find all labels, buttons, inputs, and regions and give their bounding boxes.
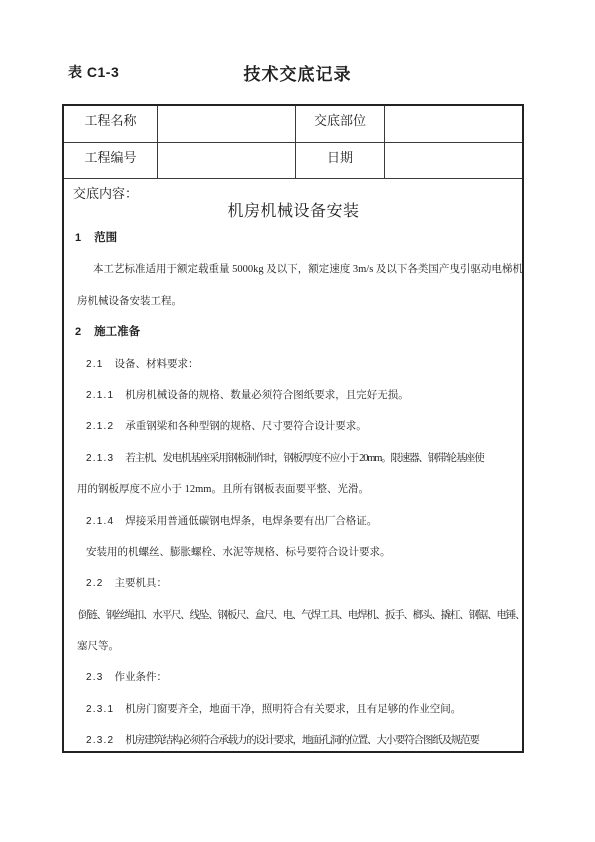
section-heading-text: 施工准备 [94, 326, 140, 338]
date-value [385, 143, 522, 178]
project-name-value [158, 106, 296, 142]
content-line-text: 机房门窗要齐全，地面干净，照明符合有关要求，且有足够的作业空间。 [125, 704, 461, 715]
content-line: 2.1.2承重钢梁和各种型钢的规格、尺寸要符合设计要求。 [86, 411, 514, 442]
content-line: 倒链、钢丝绳扣、水平尺、线坠、钢板尺、盒尺、电、气焊工具、电焊机、扳手、榔头、撬… [78, 600, 514, 631]
item-number: 2.1.1 [86, 390, 114, 401]
content-line-text: 机房机械设备的规格、数量必须符合图纸要求，且完好无损。 [125, 390, 409, 401]
content-line: 2.3.1机房门窗要齐全，地面干净，照明符合有关要求，且有足够的作业空间。 [86, 694, 514, 725]
content-line-text: 承重钢梁和各种型钢的规格、尺寸要符合设计要求。 [125, 421, 367, 432]
document-page: 表 C1-3 技术交底记录 工程名称 交底部位 工程编号 日期 交底内容： 机房… [0, 0, 595, 842]
item-number: 2.3.1 [86, 704, 114, 715]
project-number-label: 工程编号 [64, 143, 158, 178]
section-heading: 1范围 [75, 223, 514, 254]
info-table: 工程名称 交底部位 工程编号 日期 交底内容： 机房机械设备安装 1范围 本工艺… [62, 104, 524, 753]
content-line-text: 主要机具： [115, 578, 168, 589]
table-row: 工程名称 交底部位 [64, 106, 522, 143]
section-heading: 2施工准备 [75, 317, 514, 348]
item-number: 2.2 [86, 578, 104, 589]
doc-header-title: 技术交底记录 [0, 60, 595, 85]
item-number: 2.1 [86, 359, 104, 370]
date-label: 日期 [296, 143, 385, 178]
content-line-text: 机房建筑结构必须符合承载力的设计要求，地面孔洞的位置、大小要符合图纸及规范要 [125, 735, 478, 746]
item-number: 2.1.4 [86, 516, 114, 527]
table-row: 工程编号 日期 [64, 143, 522, 179]
project-number-value [158, 143, 296, 178]
content-line: 2.3作业条件： [86, 662, 514, 693]
content-doc-title: 机房机械设备安装 [73, 202, 514, 222]
content-line: 塞尺等。 [77, 631, 514, 662]
content-line: 用的钢板厚度不应小于 12mm。且所有钢板表面要平整、光滑。 [77, 474, 514, 505]
content-line: 安装用的机螺丝、膨胀螺栓、水泥等规格、标号要符合设计要求。 [86, 537, 514, 568]
content-line: 2.1.4焊接采用普通低碳钢电焊条，电焊条要有出厂合格证。 [86, 506, 514, 537]
content-line-text: 作业条件： [115, 672, 168, 683]
item-number: 2.3.2 [86, 735, 114, 746]
content-line: 2.1.3若主机、发电机基座采用钢板制作时，钢板厚度不应小于 20mm。限速器、… [86, 443, 514, 474]
content-line-text: 设备、材料要求： [115, 359, 199, 370]
content-line-text: 若主机、发电机基座采用钢板制作时，钢板厚度不应小于 20mm。限速器、钢带轮基座… [125, 453, 483, 464]
content-cell: 交底内容： 机房机械设备安装 1范围 本工艺标准适用于额定载重量 5000kg … [64, 179, 522, 749]
disclosure-part-label: 交底部位 [296, 106, 385, 142]
project-name-label: 工程名称 [64, 106, 158, 142]
content-line: 2.2主要机具： [86, 568, 514, 599]
section-number: 2 [75, 326, 81, 338]
content-line: 房机械设备安装工程。 [77, 286, 514, 317]
content-line: 2.3.2机房建筑结构必须符合承载力的设计要求，地面孔洞的位置、大小要符合图纸及… [86, 725, 514, 749]
content-line: 2.1.1机房机械设备的规格、数量必须符合图纸要求，且完好无损。 [86, 380, 514, 411]
section-heading-text: 范围 [94, 232, 117, 244]
content-line: 2.1设备、材料要求： [86, 349, 514, 380]
content-section-label: 交底内容： [73, 185, 514, 202]
content-line: 本工艺标准适用于额定载重量 5000kg 及以下，额定速度 3m/s 及以下各类… [93, 254, 514, 285]
section-number: 1 [75, 232, 81, 244]
disclosure-part-value [385, 106, 522, 142]
item-number: 2.3 [86, 672, 104, 683]
doc-header: 表 C1-3 技术交底记录 [0, 60, 595, 82]
content-lines: 1范围 本工艺标准适用于额定载重量 5000kg 及以下，额定速度 3m/s 及… [73, 223, 514, 749]
content-line-text: 焊接采用普通低碳钢电焊条，电焊条要有出厂合格证。 [125, 516, 377, 527]
item-number: 2.1.2 [86, 421, 114, 432]
item-number: 2.1.3 [86, 453, 114, 464]
